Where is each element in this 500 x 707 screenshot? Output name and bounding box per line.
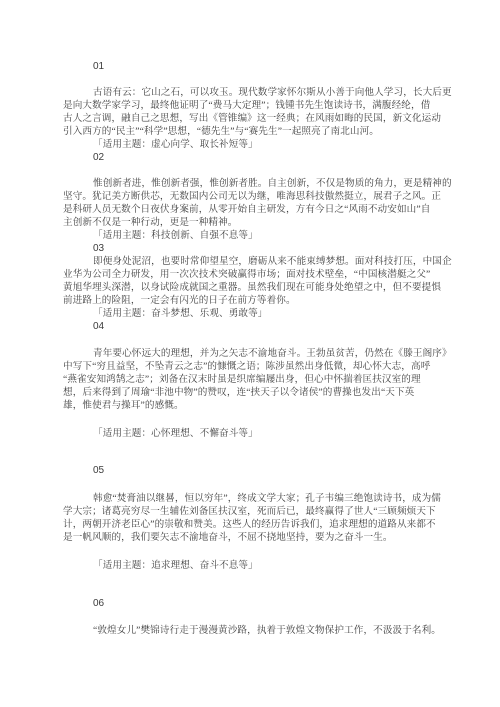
essay-line: 是向大数学家学习，最终他证明了“费马大定理”；钱锺书先生饱读诗书，满腹经纶，借	[63, 99, 500, 112]
essay-line: 中写下“穷且益坚，不坠青云之志”的慷慨之语；陈涉虽然出身低微，却心怀大志，高呼	[63, 360, 500, 373]
essay-line: “燕雀安知鸿鹄之志”；刘备在汉末时虽是织席编屦出身，但心中怀揣着匡扶汉室的理	[63, 373, 500, 386]
essay-line: 想，后来得到了周瑜“非池中物”的赞叹，连“挟天子以令诸侯”的曹操也发出“天下英	[63, 386, 500, 399]
document-page: 01 古语有云：它山之石，可以攻玉。现代数学家怀尔斯从小善于向他人学习，长大后更…	[0, 0, 500, 707]
essay-line: 即便身处泥沼，也要时常仰望星空，磨砺从来不能束缚梦想。面对科技打压，中国企	[63, 255, 500, 268]
essay-line: 学大宗；诸葛亮穷尽一生辅佐刘备匡扶汉室，死而后已，最终赢得了世人“三顾频烦天下	[63, 505, 500, 518]
section-number: 04	[93, 320, 500, 333]
topic-line: 「适用主题：科技创新、自强不息等」	[93, 229, 500, 242]
essay-line: “敦煌女儿”樊锦诗行走于漫漫黄沙路，执着于敦煌文物保护工作，不汲汲于名利。	[63, 624, 500, 637]
section-number: 06	[93, 597, 500, 610]
essay-line: 是科研人员无数个日夜伏身案前，从零开始自主研发，方有今日之“风雨不动安如山”自	[63, 203, 500, 216]
essay-line: 引入西方的“民主”“科学”思想，“德先生”与“赛先生”一起照亮了南北山河。	[63, 125, 500, 138]
essay-line: 古人之言调，融自己之思想，写出《管锥编》这一经典；在风雨如晦的民国，新文化运动	[63, 112, 500, 125]
essay-line: 黄旭华埋头深潜，以身试险成就国之重器。虽然我们现在可能身处绝望之中，但不要提惧	[63, 281, 500, 294]
essay-line: 雄，惟使君与操耳”的感慨。	[63, 399, 500, 412]
essay-line: 古语有云：它山之石，可以攻玉。现代数学家怀尔斯从小善于向他人学习，长大后更	[63, 86, 500, 99]
topic-line: 「适用主题：追求理想、奋斗不息等」	[93, 559, 500, 572]
essay-line: 前进路上的险阻，一定会有闪光的日子在前方等着你。	[63, 294, 500, 307]
essay-line: 计，两朝开济老臣心”的崇敬和赞美。这些人的经历告诉我们，追求理想的道路从来都不	[63, 518, 500, 531]
essay-line: 坚守。犹记美方断供芯，无数国内公司无以为继，唯海思科技傲然挺立，展君子之风。正	[63, 190, 500, 203]
essay-line: 青年要心怀远大的理想，并为之矢志不渝地奋斗。王勃虽贫苦，仍然在《滕王阁序》	[63, 347, 500, 360]
essay-line: 业华为公司全力研发，用一次次技术突破赢得市场；面对技术壁垒，“中国核潜艇之父”	[63, 268, 500, 281]
topic-line: 「适用主题：奋斗梦想、乐观、勇敢等」	[93, 307, 500, 320]
section-number: 05	[93, 464, 500, 477]
topic-line: 「适用主题：心怀理想、不懈奋斗等」	[93, 427, 500, 440]
essay-line: 惟创新者进，惟创新者强，惟创新者胜。自主创新，不仅是物质的角力，更是精神的	[63, 177, 500, 190]
essay-line: 韩愈“焚膏油以继晷，恒以穷年”，终成文学大家；孔子韦编三绝饱读诗书，成为儒	[63, 492, 500, 505]
section-number: 01	[93, 60, 500, 73]
essay-line: 主创新不仅是一种行动，更是一种精神。	[63, 216, 500, 229]
section-number: 02	[93, 151, 500, 164]
essay-line: 是一帆风顺的，我们要矢志不渝地奋斗，不屈不挠地坚持，要为之奋斗一生。	[63, 531, 500, 544]
topic-line: 「适用主题：虚心向学、取长补短等」	[93, 138, 500, 151]
section-number: 03	[93, 242, 500, 255]
